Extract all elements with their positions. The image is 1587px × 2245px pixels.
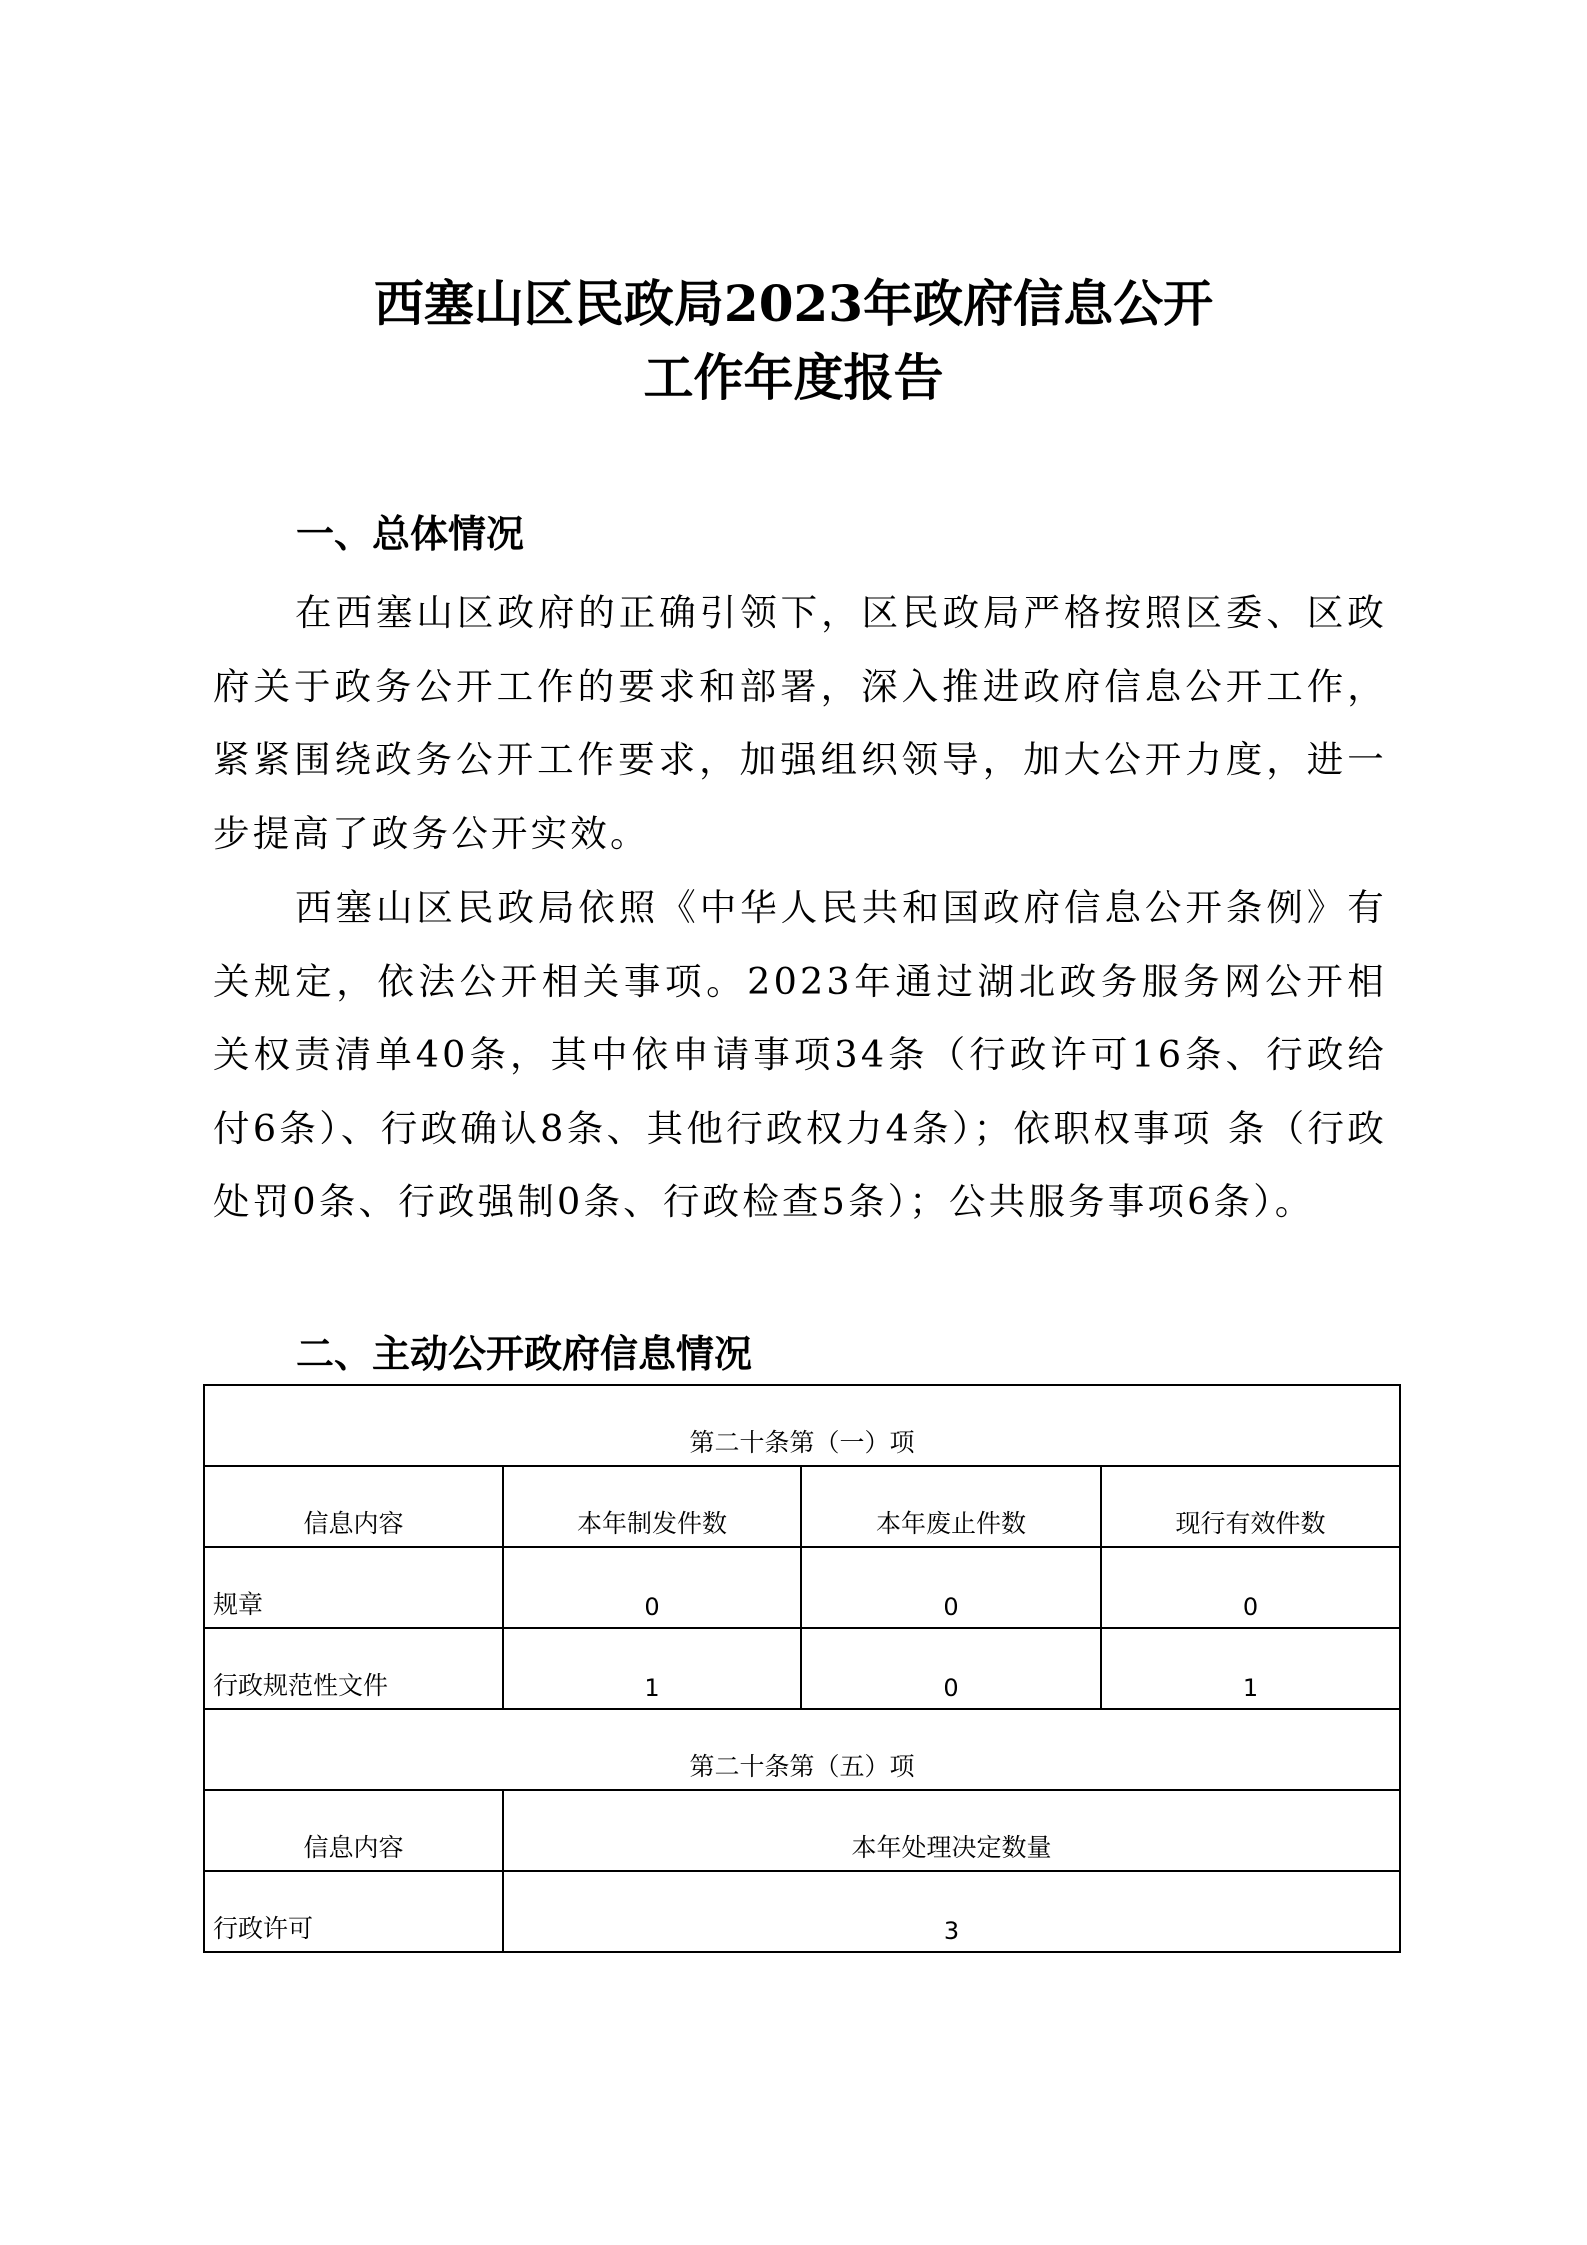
table-cell-count: 3 xyxy=(503,1871,1400,1952)
document-title-line-1: 西塞山区民政局2023年政府信息公开 xyxy=(0,272,1587,336)
table-group-title-row: 第二十条第（五）项 xyxy=(204,1709,1400,1790)
table-header-row: 信息内容 本年处理决定数量 xyxy=(204,1790,1400,1871)
section-heading-overview: 一、总体情况 xyxy=(296,510,524,558)
table-cell-valid: 1 xyxy=(1101,1628,1400,1709)
table-cell-repealed: 0 xyxy=(801,1628,1101,1709)
paragraph-overview-1: 在西塞山区政府的正确引领下，区民政局严格按照区委、区政府关于政务公开工作的要求和… xyxy=(213,576,1387,870)
table-header-cell: 本年废止件数 xyxy=(801,1466,1101,1547)
table-header-cell: 信息内容 xyxy=(204,1466,503,1547)
table-group-title: 第二十条第（一）项 xyxy=(204,1385,1400,1466)
table-cell-repealed: 0 xyxy=(801,1547,1101,1628)
table-row: 行政许可 3 xyxy=(204,1871,1400,1952)
table-group-title-row: 第二十条第（一）项 xyxy=(204,1385,1400,1466)
table-row-label: 行政规范性文件 xyxy=(204,1628,503,1709)
table-group-title: 第二十条第（五）项 xyxy=(204,1709,1400,1790)
table-row-label: 行政许可 xyxy=(204,1871,503,1952)
table-header-cell: 本年制发件数 xyxy=(503,1466,801,1547)
disclosure-table: 第二十条第（一）项 信息内容 本年制发件数 本年废止件数 现行有效件数 规章 0… xyxy=(203,1384,1401,1953)
paragraph-overview-2: 西塞山区民政局依照《中华人民共和国政府信息公开条例》有关规定，依法公开相关事项。… xyxy=(213,871,1387,1239)
table-cell-valid: 0 xyxy=(1101,1547,1400,1628)
section-heading-proactive-disclosure: 二、主动公开政府信息情况 xyxy=(296,1330,752,1378)
table-row: 规章 0 0 0 xyxy=(204,1547,1400,1628)
document-title-line-2: 工作年度报告 xyxy=(0,346,1587,410)
table-row-label: 规章 xyxy=(204,1547,503,1628)
table-row: 行政规范性文件 1 0 1 xyxy=(204,1628,1400,1709)
table-header-cell: 现行有效件数 xyxy=(1101,1466,1400,1547)
table-cell-issued: 0 xyxy=(503,1547,801,1628)
table-header-row: 信息内容 本年制发件数 本年废止件数 现行有效件数 xyxy=(204,1466,1400,1547)
table-header-cell: 本年处理决定数量 xyxy=(503,1790,1400,1871)
table-cell-issued: 1 xyxy=(503,1628,801,1709)
table-header-cell: 信息内容 xyxy=(204,1790,503,1871)
